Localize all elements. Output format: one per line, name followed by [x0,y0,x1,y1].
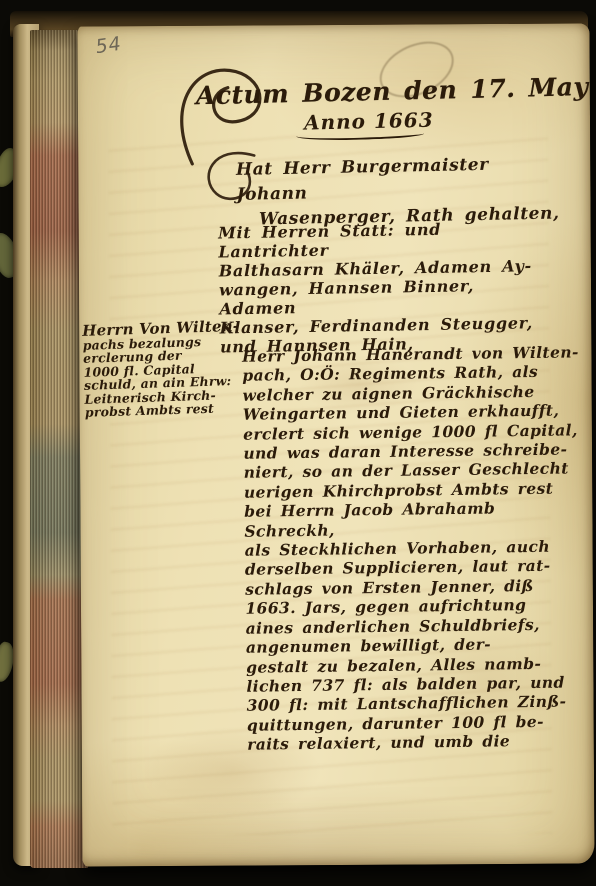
entry-body-paragraph: Herr Johann Hanerandt von Wilten-pach, O… [242,342,589,754]
attendees-paragraph: Mit Herren Statt: und LantrichterBalthas… [218,218,560,357]
manuscript-line: Hat Herr Burgermaister Johann [236,151,567,208]
photo-backdrop: 54 Actum Bozen den 17. May Anno 1663 Hat… [0,0,596,886]
manuscript-line: bei Herrn Jacob Abrahamb Schreckh, [244,498,586,541]
manuscript-page: 54 Actum Bozen den 17. May Anno 1663 Hat… [77,23,594,866]
margin-summary-note: Herrn Von Wilten-pachs bezalungserclerun… [82,319,261,419]
folio-number: 54 [94,33,123,59]
manuscript-line: wangen, Hannsen Binner, Adamen [219,275,560,319]
heading: Actum Bozen den 17. May Anno 1663 [196,75,590,140]
manuscript-line: Mit Herren Statt: und Lantrichter [218,218,559,262]
